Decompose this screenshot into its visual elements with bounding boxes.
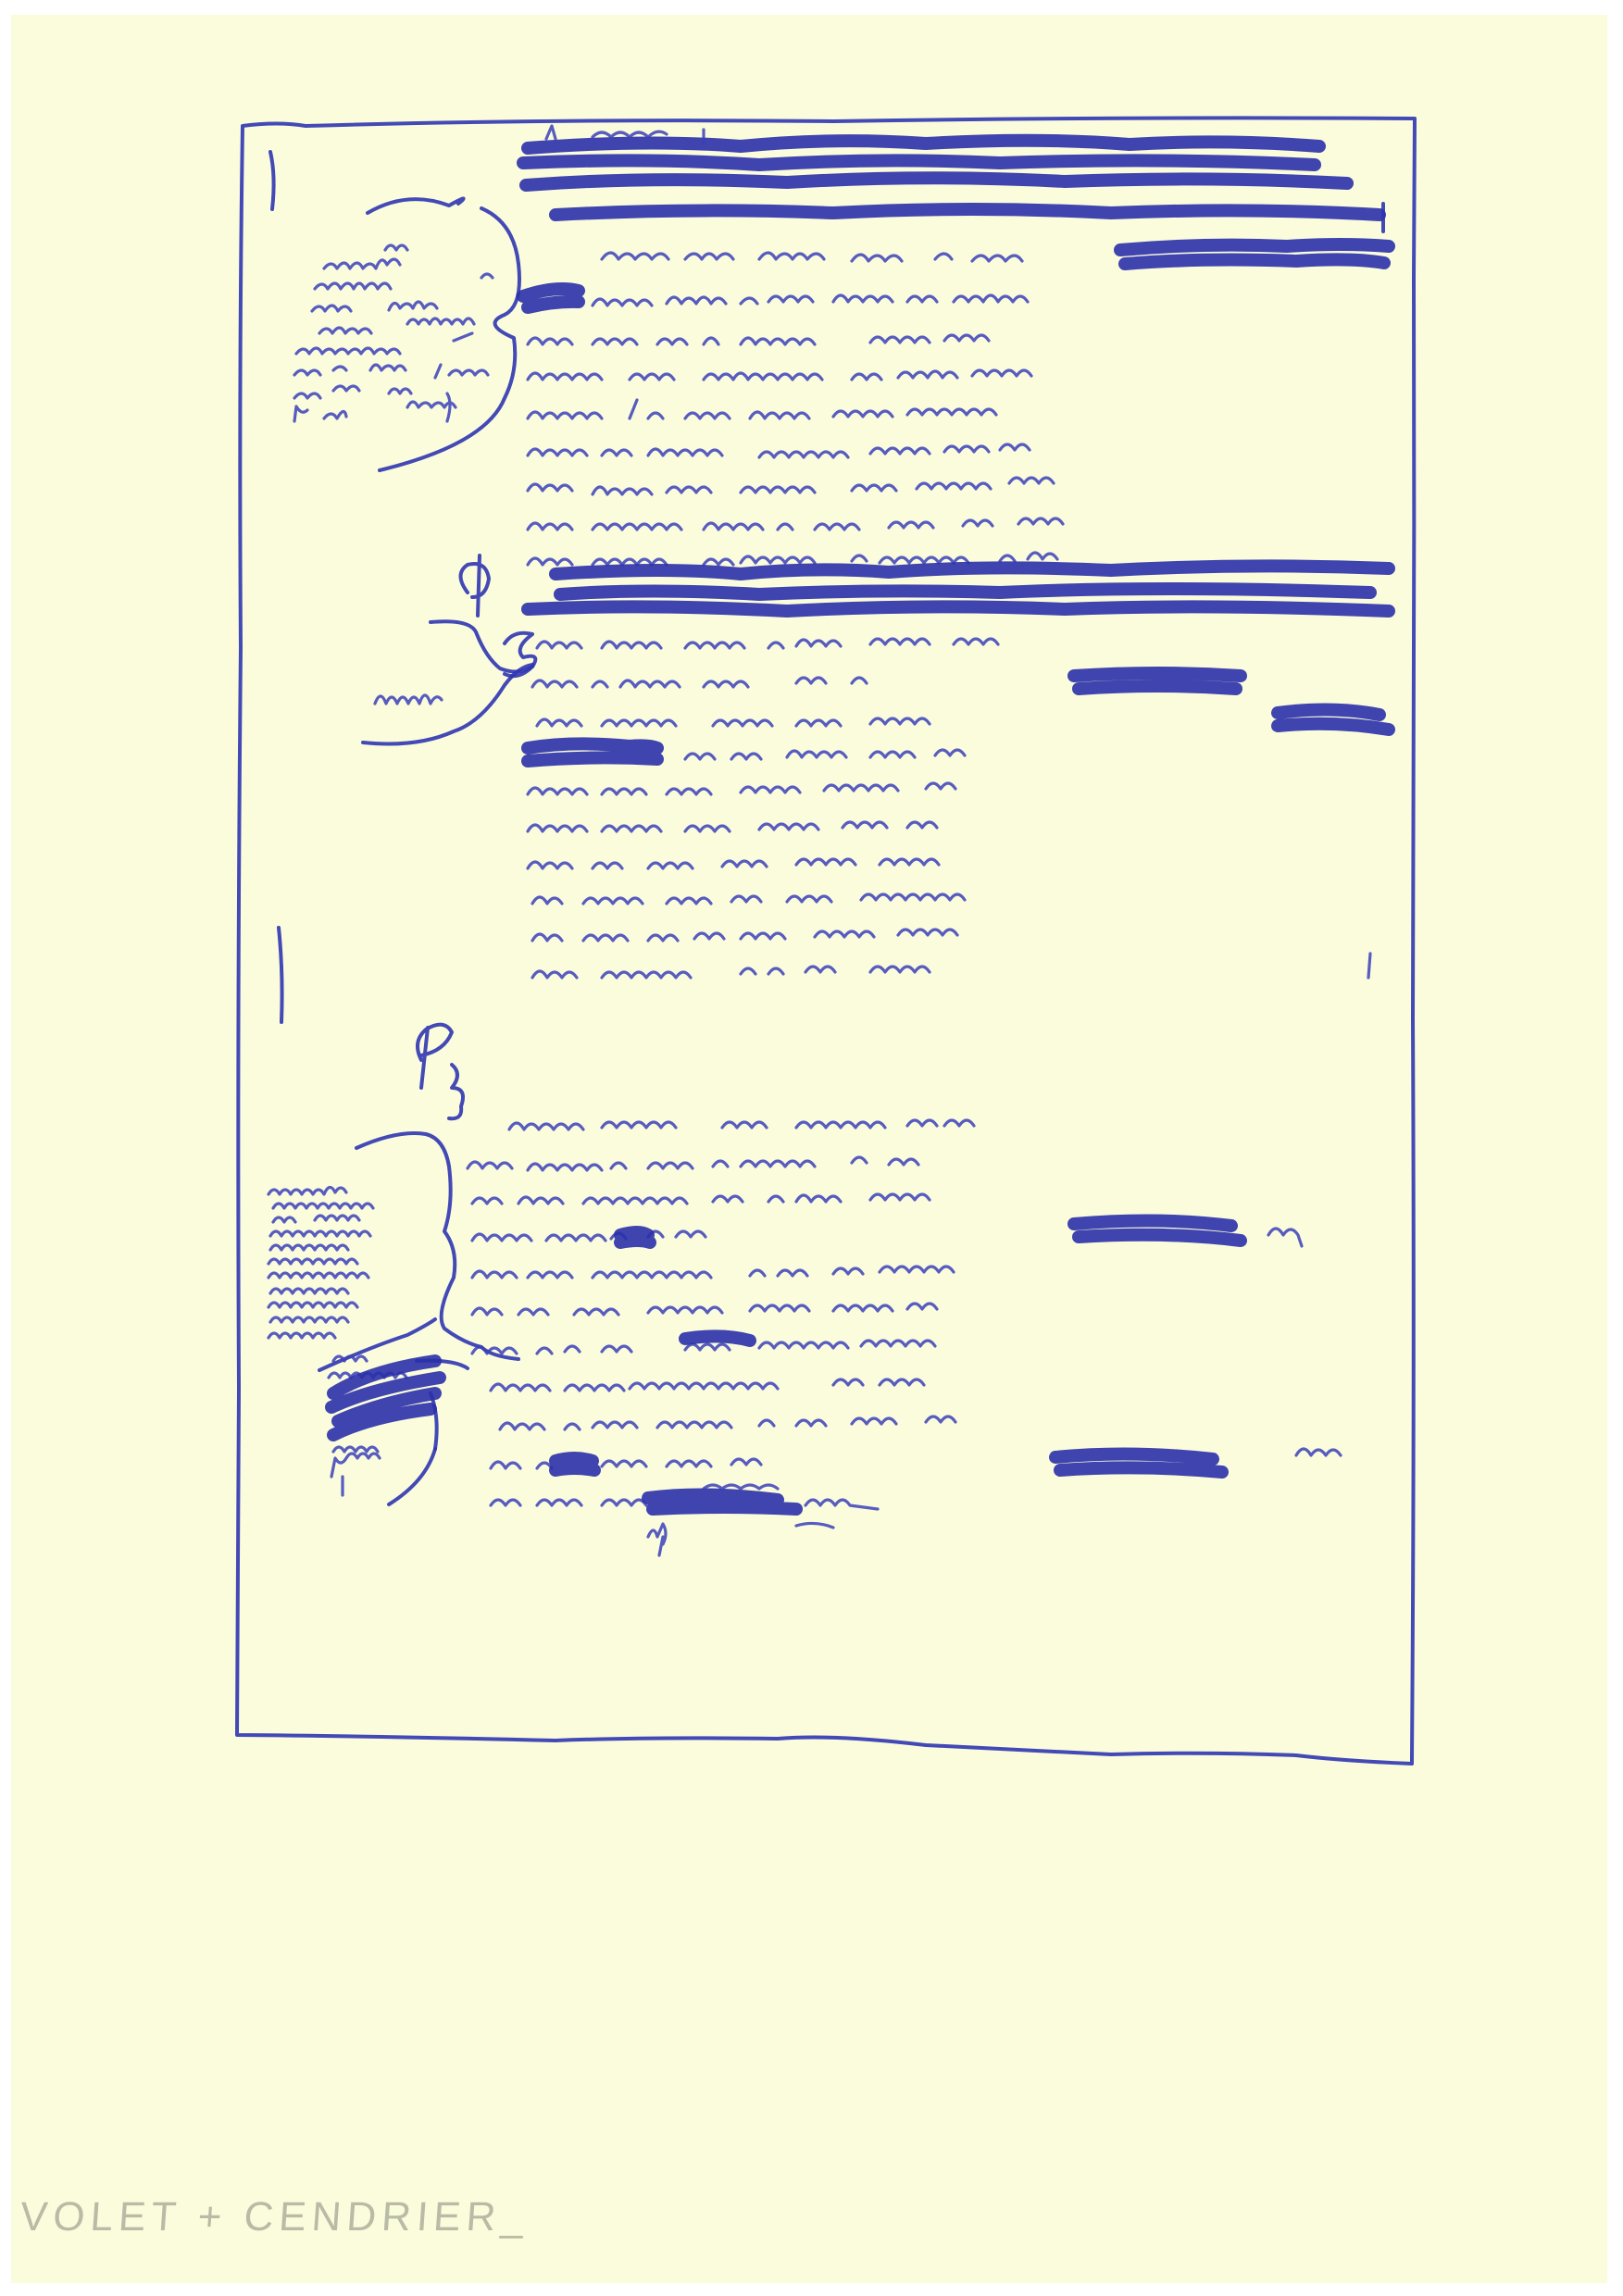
frame-border — [237, 118, 1415, 1764]
header-scratch — [523, 126, 1383, 231]
margin-note-2 — [268, 1133, 518, 1504]
margin-symbol-1 — [363, 555, 535, 744]
margin-symbol-2 — [418, 1025, 463, 1119]
paragraph-3 — [468, 1120, 1341, 1555]
margin-note-1 — [294, 198, 519, 470]
paragraph-2 — [528, 639, 1389, 978]
scratch-2 — [528, 566, 1389, 611]
pencil-note: VOLET + CENDRIER_ — [19, 2194, 531, 2240]
manuscript-ink: .s{fill:none;stroke:#2f35b0;stroke-width… — [0, 0, 1623, 2296]
paragraph-1 — [523, 244, 1389, 565]
